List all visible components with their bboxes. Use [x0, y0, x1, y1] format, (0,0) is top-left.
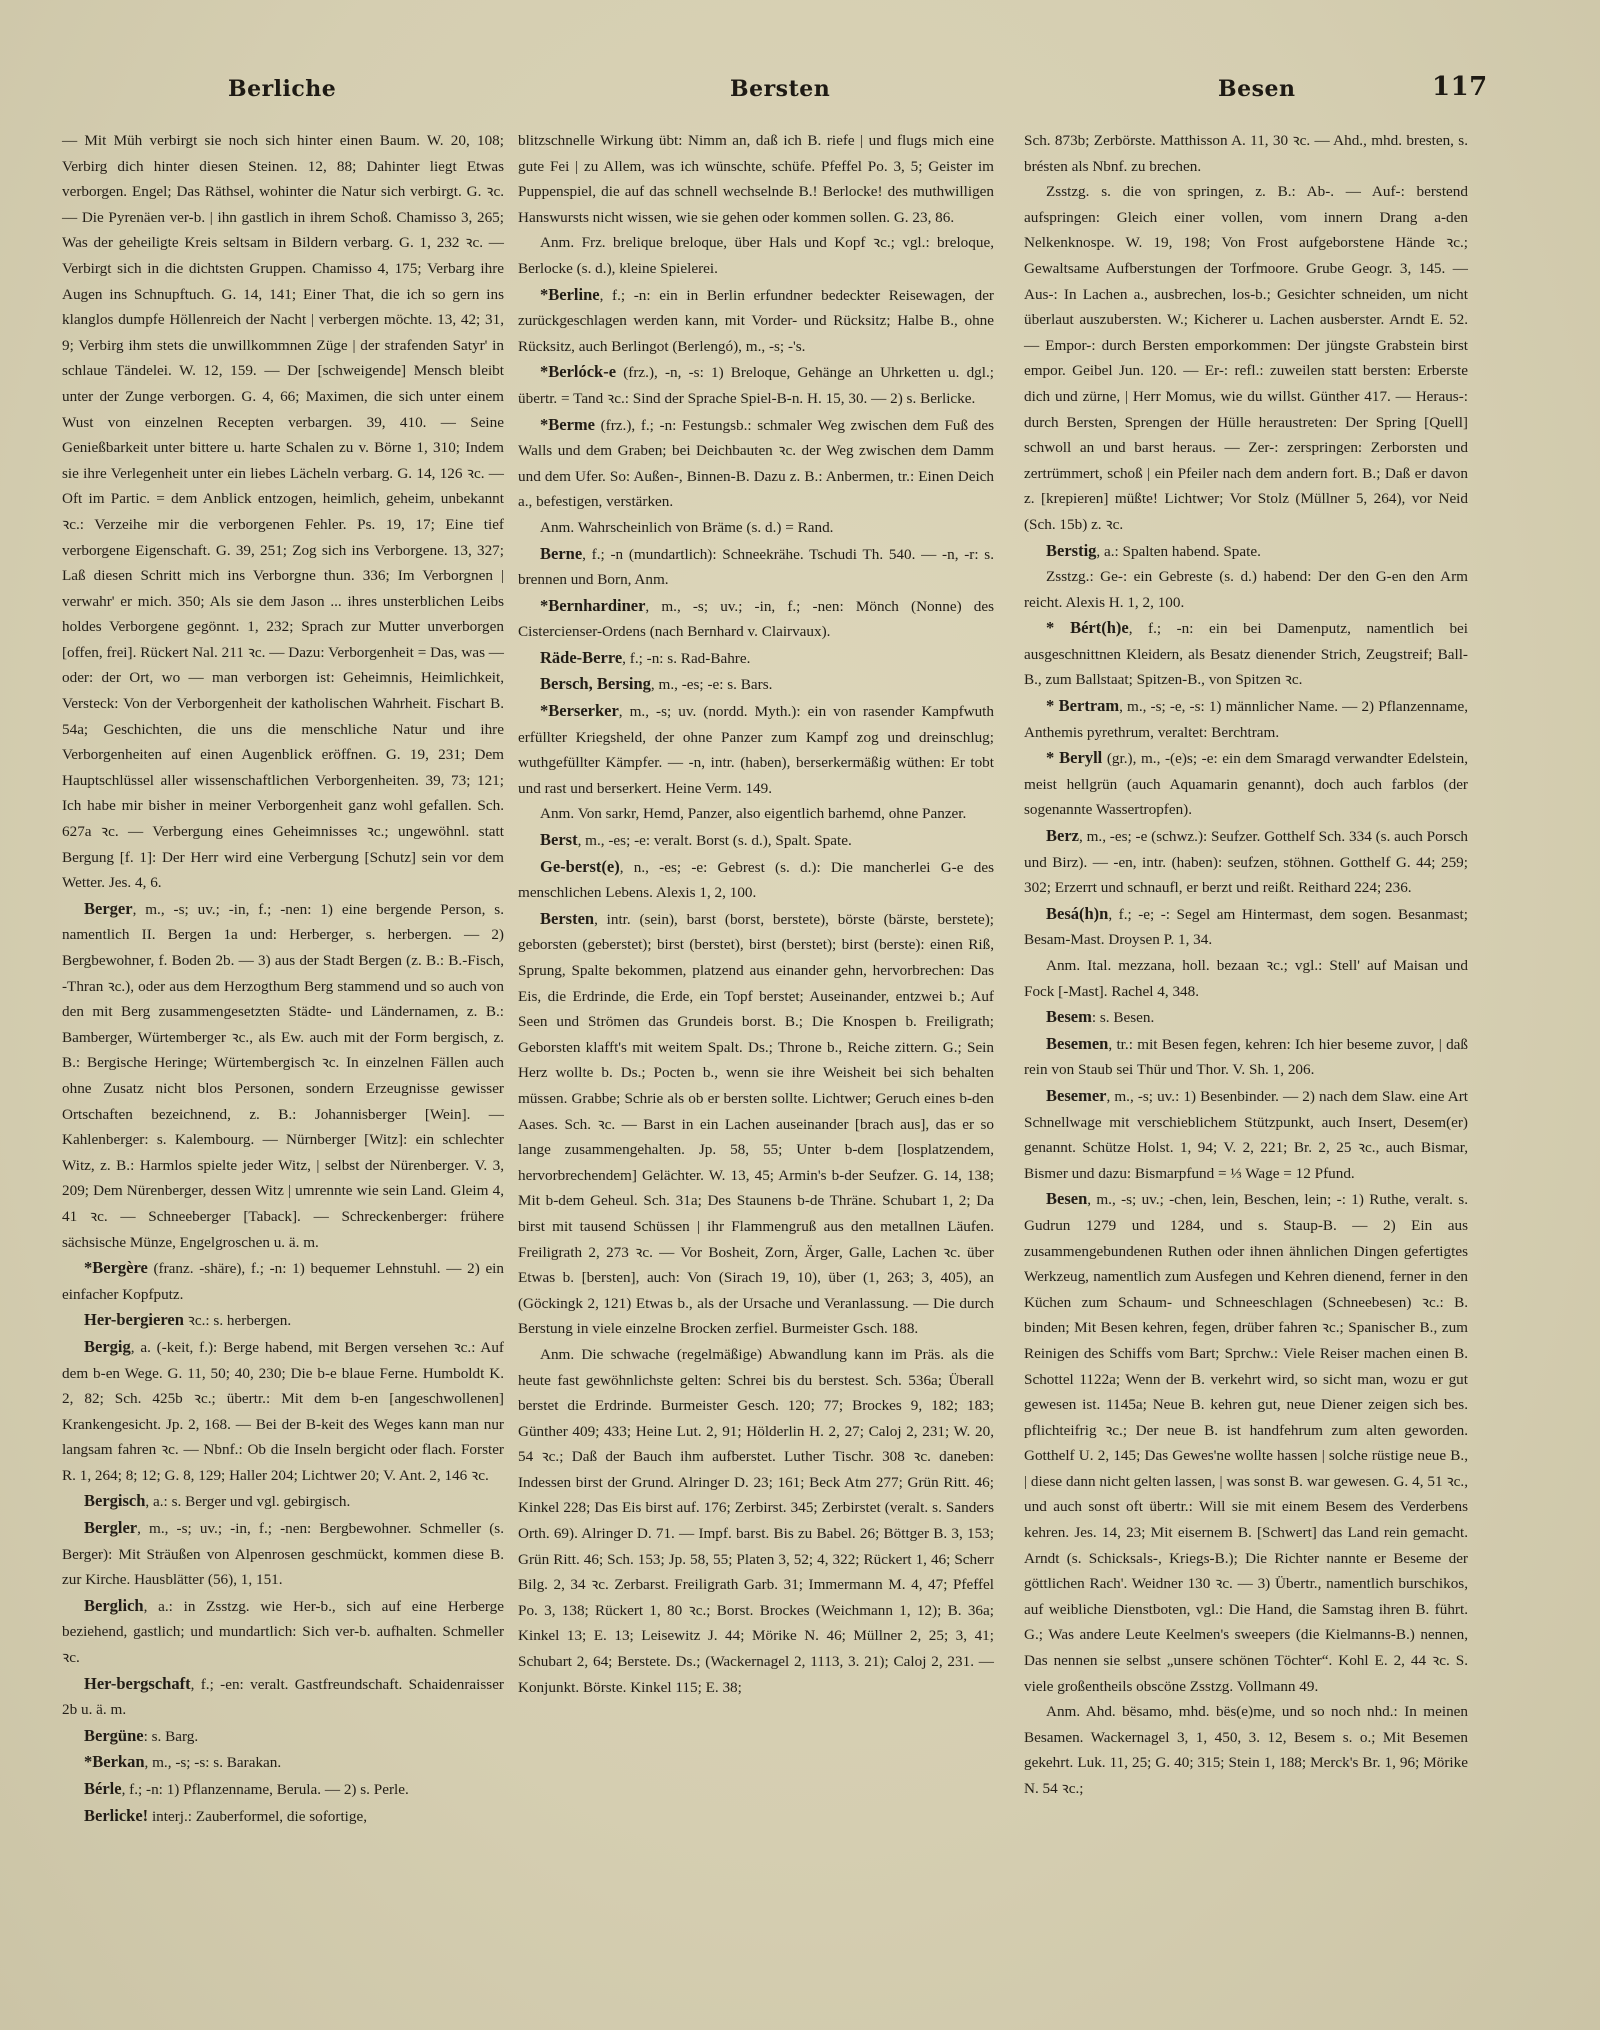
dictionary-entry: *Berme (frz.), f.; -n: Festungsb.: schma…: [518, 412, 994, 515]
entry-body: Zsstzg.: Ge-: ein Gebreste (s. d.) haben…: [1024, 568, 1468, 611]
headword: Bergler: [84, 1518, 137, 1537]
entry-text: Sch. 873b; Zerbörste. Matthisson A. 11, …: [1024, 128, 1468, 179]
dictionary-entry: Besá(h)n, f.; -e; -: Segel am Hintermast…: [1024, 901, 1468, 953]
guide-word-right: Besen: [1218, 76, 1295, 102]
page-number: 117: [1432, 72, 1488, 102]
headword: * Beryll: [1046, 748, 1102, 767]
dictionary-entry: Besen, m., -s; uv.; -chen, lein, Beschen…: [1024, 1186, 1468, 1699]
headword: Bergisch: [84, 1491, 145, 1510]
entry-body: , m., -es; -e: veralt. Borst (s. d.), Sp…: [578, 832, 852, 849]
dictionary-entry: Berlicke! interj.: Zauberformel, die sof…: [62, 1803, 504, 1830]
headword: Bersten: [540, 909, 594, 928]
dictionary-entry: Bergler, m., -s; uv.; -in, f.; -nen: Ber…: [62, 1515, 504, 1593]
entry-body: : s. Besen.: [1092, 1009, 1154, 1026]
entry-body: , m., -s; uv.; -chen, lein, Beschen, lei…: [1024, 1191, 1468, 1694]
entry-body: , m., -s; uv.; -in, f.; -nen: 1) eine be…: [62, 901, 504, 1251]
headword: Berstig: [1046, 541, 1096, 560]
entry-body: interj.: Zauberformel, die sofortige,: [148, 1808, 367, 1825]
entry-body: Anm. Die schwache (regelmäßige) Abwandlu…: [518, 1346, 994, 1696]
entry-text: Anm. Wahrscheinlich von Bräme (s. d.) = …: [518, 515, 994, 541]
entry-body: , intr. (sein), barst (borst, berstete),…: [518, 911, 994, 1338]
headword: *Bergère: [84, 1258, 148, 1277]
headword: Berglich: [84, 1596, 144, 1615]
dictionary-entry: Ge-berst(e), n., -es; -e: Gebrest (s. d.…: [518, 854, 994, 906]
headword: * Bért(h)e: [1046, 618, 1129, 637]
headword: Räde-Berre: [540, 648, 622, 667]
headword: Besen: [1046, 1189, 1087, 1208]
guide-word-left: Berliche: [228, 76, 336, 102]
headword: * Bertram: [1046, 696, 1119, 715]
entry-body: , m., -s; -s: s. Barakan.: [145, 1754, 282, 1771]
entry-body: Anm. Ital. mezzana, holl. bezaan ꝛc.; vg…: [1024, 957, 1468, 1000]
entry-text: Anm. Frz. brelique breloque, über Hals u…: [518, 230, 994, 281]
entry-body: — Mit Müh verbirgt sie noch sich hinter …: [62, 132, 504, 891]
entry-body: , a. (-keit, f.): Berge habend, mit Berg…: [62, 1339, 504, 1484]
entry-body: , m., -es; -e: s. Bars.: [651, 676, 772, 693]
headword: *Berme: [540, 415, 595, 434]
headword: Berger: [84, 899, 133, 918]
entry-text: Anm. Die schwache (regelmäßige) Abwandlu…: [518, 1342, 994, 1700]
entry-body: ꝛc.: s. herbergen.: [184, 1312, 291, 1329]
headword: Besemer: [1046, 1086, 1106, 1105]
column-3: Sch. 873b; Zerbörste. Matthisson A. 11, …: [1024, 128, 1468, 1802]
dictionary-entry: *Berserker, m., -s; uv. (nordd. Myth.): …: [518, 698, 994, 801]
entry-body: Sch. 873b; Zerbörste. Matthisson A. 11, …: [1024, 132, 1468, 175]
entry-body: blitzschnelle Wirkung übt: Nimm an, daß …: [518, 132, 994, 226]
dictionary-entry: Berne, f.; -n (mundartlich): Schneekrähe…: [518, 541, 994, 593]
dictionary-entry: * Bért(h)e, f.; -n: ein bei Damenputz, n…: [1024, 615, 1468, 693]
entry-text: Anm. Von sarkr, Hemd, Panzer, also eigen…: [518, 801, 994, 827]
entry-body: , a.: Spalten habend. Spate.: [1096, 543, 1261, 560]
dictionary-entry: Bergisch, a.: s. Berger und vgl. gebirgi…: [62, 1488, 504, 1515]
entry-body: Anm. Wahrscheinlich von Bräme (s. d.) = …: [540, 519, 833, 536]
dictionary-entry: Besemer, m., -s; uv.: 1) Besenbinder. — …: [1024, 1083, 1468, 1186]
dictionary-entry: Her-bergieren ꝛc.: s. herbergen.: [62, 1307, 504, 1334]
dictionary-entry: Bergig, a. (-keit, f.): Berge habend, mi…: [62, 1334, 504, 1489]
headword: Besá(h)n: [1046, 904, 1108, 923]
headword: Her-bergschaft: [84, 1674, 191, 1693]
headword: Berne: [540, 544, 582, 563]
entry-text: Anm. Ahd. bësamo, mhd. bës(e)me, und so …: [1024, 1699, 1468, 1801]
entry-body: , f.; -n (mundartlich): Schneekrähe. Tsc…: [518, 546, 994, 589]
running-header: Berliche Bersten Besen 117: [0, 70, 1600, 110]
entry-text: blitzschnelle Wirkung übt: Nimm an, daß …: [518, 128, 994, 230]
dictionary-entry: Her-bergschaft, f.; -en: veralt. Gastfre…: [62, 1671, 504, 1723]
dictionary-entry: *Berkan, m., -s; -s: s. Barakan.: [62, 1749, 504, 1776]
entry-text: — Mit Müh verbirgt sie noch sich hinter …: [62, 128, 504, 896]
headword: Berst: [540, 830, 578, 849]
entry-body: , f.; -n: s. Rad-Bahre.: [622, 650, 750, 667]
dictionary-entry: Räde-Berre, f.; -n: s. Rad-Bahre.: [518, 645, 994, 672]
dictionary-entry: Bersten, intr. (sein), barst (borst, ber…: [518, 906, 994, 1342]
headword: *Bernhardiner: [540, 596, 645, 615]
dictionary-entry: Berst, m., -es; -e: veralt. Borst (s. d.…: [518, 827, 994, 854]
headword: *Berkan: [84, 1752, 145, 1771]
headword: *Berlóck-e: [540, 362, 616, 381]
dictionary-entry: *Berlóck-e (frz.), -n, -s: 1) Breloque, …: [518, 359, 994, 411]
headword: Besemen: [1046, 1034, 1108, 1053]
entry-body: Anm. Von sarkr, Hemd, Panzer, also eigen…: [540, 805, 966, 822]
headword: *Berserker: [540, 701, 619, 720]
headword: Bergig: [84, 1337, 131, 1356]
entry-text: Zsstzg. s. die von springen, z. B.: Ab-.…: [1024, 179, 1468, 537]
headword: Berz: [1046, 826, 1079, 845]
dictionary-entry: Besem: s. Besen.: [1024, 1004, 1468, 1031]
column-2: blitzschnelle Wirkung übt: Nimm an, daß …: [518, 128, 994, 1700]
dictionary-entry: *Bernhardiner, m., -s; uv.; -in, f.; -ne…: [518, 593, 994, 645]
headword: Bérle: [84, 1779, 122, 1798]
headword: Ge-berst(e): [540, 857, 620, 876]
dictionary-page: Berliche Bersten Besen 117 — Mit Müh ver…: [0, 0, 1600, 2030]
entry-body: : s. Barg.: [144, 1728, 199, 1745]
entry-body: , m., -es; -e (schwz.): Seufzer. Gotthel…: [1024, 828, 1468, 896]
entry-body: Anm. Frz. brelique breloque, über Hals u…: [518, 234, 994, 277]
dictionary-entry: Bergüne: s. Barg.: [62, 1723, 504, 1750]
headword: Berlicke!: [84, 1806, 148, 1825]
entry-body: Anm. Ahd. bësamo, mhd. bës(e)me, und so …: [1024, 1703, 1468, 1797]
dictionary-entry: Besemen, tr.: mit Besen fegen, kehren: I…: [1024, 1031, 1468, 1083]
column-1: — Mit Müh verbirgt sie noch sich hinter …: [62, 128, 504, 1829]
dictionary-entry: Berger, m., -s; uv.; -in, f.; -nen: 1) e…: [62, 896, 504, 1255]
dictionary-entry: *Bergère (franz. -shäre), f.; -n: 1) beq…: [62, 1255, 504, 1307]
entry-text: Anm. Ital. mezzana, holl. bezaan ꝛc.; vg…: [1024, 953, 1468, 1004]
entry-body: Zsstzg. s. die von springen, z. B.: Ab-.…: [1024, 183, 1468, 533]
entry-body: , a.: s. Berger und vgl. gebirgisch.: [145, 1493, 350, 1510]
dictionary-entry: * Bertram, m., -s; -e, -s: 1) männlicher…: [1024, 693, 1468, 745]
headword: *Berline: [540, 285, 600, 304]
entry-body: , f.; -n: 1) Pflanzenname, Berula. — 2) …: [122, 1781, 409, 1798]
headword: Bersch, Bersing: [540, 674, 651, 693]
entry-text: Zsstzg.: Ge-: ein Gebreste (s. d.) haben…: [1024, 564, 1468, 615]
dictionary-entry: Bersch, Bersing, m., -es; -e: s. Bars.: [518, 671, 994, 698]
headword: Her-bergieren: [84, 1310, 184, 1329]
dictionary-entry: Berstig, a.: Spalten habend. Spate.: [1024, 538, 1468, 565]
guide-word-center: Bersten: [730, 76, 830, 102]
dictionary-entry: Berglich, a.: in Zsstzg. wie Her-b., sic…: [62, 1593, 504, 1671]
dictionary-entry: Bérle, f.; -n: 1) Pflanzenname, Berula. …: [62, 1776, 504, 1803]
dictionary-entry: Berz, m., -es; -e (schwz.): Seufzer. Got…: [1024, 823, 1468, 901]
dictionary-entry: * Beryll (gr.), m., -(e)s; -e: ein dem S…: [1024, 745, 1468, 823]
headword: Bergüne: [84, 1726, 144, 1745]
dictionary-entry: *Berline, f.; -n: ein in Berlin erfundne…: [518, 282, 994, 360]
headword: Besem: [1046, 1007, 1092, 1026]
